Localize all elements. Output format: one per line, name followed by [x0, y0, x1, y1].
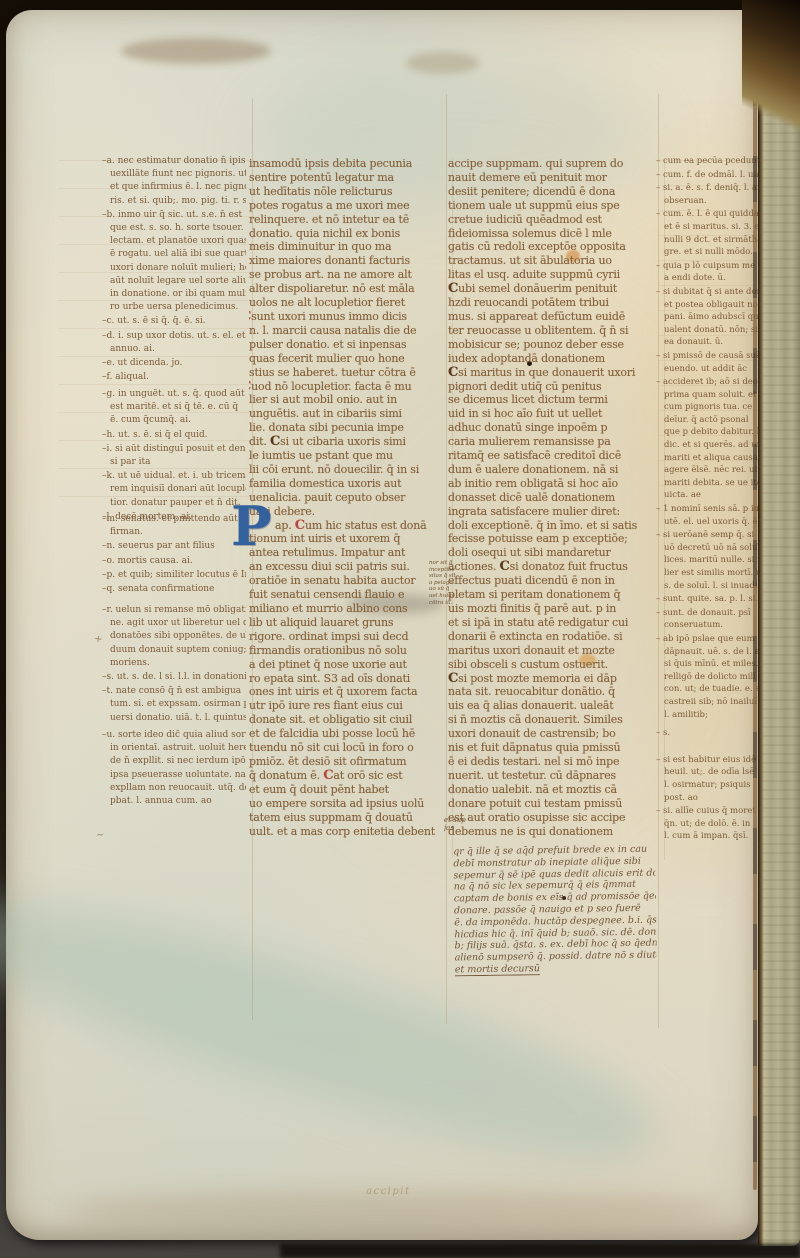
text-line: ap. Cum hic status est donā — [249, 519, 442, 533]
vertical-rule-2 — [446, 94, 447, 1024]
gloss-item: – si pmissō de causā suāeuendo. ut addit… — [656, 350, 764, 375]
gloss-item: – cum. ē. l. ē qui quiddam.et ē si marit… — [656, 208, 764, 258]
text-line: – 1 nominī senis sā. p iude — [656, 503, 764, 516]
text-line: tractamus. ut sit ābulatoria uo — [448, 254, 654, 268]
text-line: est aut oratio osupisse sic accipe — [448, 811, 654, 825]
pen-trial-mark-1: + — [93, 633, 103, 645]
text-line: sentire potentū legatur ma — [249, 171, 442, 185]
stain-top-left — [121, 38, 271, 64]
text-line: tatem eius suppmam q̄ douatū — [249, 811, 442, 825]
colored-initial: C — [448, 366, 458, 380]
text-line: uis ea q̄ alias donauerit. ualeāt — [448, 699, 654, 713]
text-line: Cubi semel donāuerim penituit — [448, 282, 654, 296]
colored-initial: C — [448, 672, 458, 686]
text-line: lectam. et planatōe uxori quasi — [102, 235, 246, 248]
text-line: dum ē ualere donationem. nā si — [448, 463, 654, 477]
text-line: uid in si hoc aīo fuit ut uellet — [448, 407, 654, 421]
text-line: effectus puati dicendū ē non in — [448, 574, 654, 588]
gloss-item: – si uerōanē semp q̄. siuō decretū uō nā… — [656, 529, 764, 592]
colored-initial: C — [500, 560, 510, 574]
text-line: –g. in unguēt. ut. s. q̄. quod aūt — [102, 388, 246, 401]
bottom-shadow — [280, 1244, 800, 1258]
gloss-item: –c. ut. s. ē si q̄. q̄. ē. si. — [102, 315, 246, 328]
book-fore-edge — [758, 6, 800, 1246]
text-line: –a. nec estimatur donatio n̄ ipis — [102, 155, 246, 168]
text-line: duum donauit suptem coniug; p — [102, 644, 246, 657]
text-line: lii cōi erunt. nō douecilir. q̄ in si — [249, 463, 442, 477]
text-line: de n̄ expllit. si nec ierdum ipō — [102, 755, 246, 768]
text-line: doli exceptionē. q̄ in īmo. et si satis — [448, 519, 654, 533]
text-line: uult. et a mas corp enitetia debent — [249, 825, 442, 839]
text-line: nor sit q̄ — [429, 560, 469, 567]
text-line: pani. āimo adubscī quod — [656, 311, 764, 324]
text-line: – accideret ib; aō si deo p — [656, 376, 764, 389]
text-line: –s. ut. s. de. l si. l.l. in donationib;… — [102, 671, 246, 684]
text-line: nuerit. ut testetur. cū dāpnares — [448, 769, 654, 783]
text-line: – sunt. de donauit. psī — [656, 607, 764, 620]
gloss-item: – si. a. ē. s. f. deniq̄. l. anobseruan. — [656, 182, 764, 207]
text-line: nata sit. reuocabitur donātio. q̄ — [448, 685, 654, 699]
gloss-item: – sunt. quite. sa. p. l. si. siis. — [656, 593, 764, 606]
text-line: – si pmissō de causā suā — [656, 350, 764, 363]
colored-initial: C — [270, 435, 280, 449]
gloss-item: –a. nec estimatur donatio n̄ ipisuexillā… — [102, 155, 246, 208]
text-line: pletam si peritam donationem q̄ — [448, 588, 654, 602]
text-line: inceptioe — [429, 567, 469, 574]
text-line: donatio. quia nichil ex bonis — [249, 227, 442, 241]
gloss-item: –i. si aūt distinguī posuit et denegēsi … — [102, 443, 246, 469]
text-line: –m. senatus. et pmittendo aūt morte — [102, 513, 246, 526]
text-line: cretue iudiciū quēadmod est — [448, 213, 654, 227]
text-line: –f. aliqual. — [102, 371, 246, 384]
text-line: Cuod nō locupletior. facta ē mu — [249, 380, 442, 394]
text-line: relinquere. et nō intetur ea tē — [249, 213, 442, 227]
text-line: actiones. Csi donatoz fuit fructus — [448, 560, 654, 574]
text-line: si par ita — [102, 456, 246, 469]
gloss-item: – si dubitat q̄ si ante donautet postea … — [656, 286, 764, 349]
text-line: meis diminuitur in quo ma — [249, 240, 442, 254]
text-line: dit. Csi ut cibaria uxoris simi — [249, 435, 442, 449]
text-line: uari debere. — [249, 505, 442, 519]
text-line: – s. — [656, 727, 764, 740]
gloss-item: –e. ut dicenda. jo. — [102, 357, 246, 370]
text-line: – si. a. ē. s. f. deniq̄. l. an — [656, 182, 764, 195]
text-line: aūt noluīt legare uel sorte aliud — [102, 275, 246, 288]
text-line: ones int uiris et q̄ uxorem facta — [249, 685, 442, 699]
text-line: donarii ē extincta en rodatiōe. si — [448, 630, 654, 644]
text-line: uxori donauit de castrensib; bo — [448, 727, 654, 741]
gloss-item: –o. mortis causa. ai. — [102, 555, 246, 568]
text-line: que est. s. so. h. sorte tsouer. te — [102, 222, 246, 235]
gloss-item: –k. ut uē uidual. et. i. ub tricemrem in… — [102, 470, 246, 510]
text-line: q̄n. ut; de dolō. ē. in — [656, 818, 764, 831]
text-line: uō decretū uō nā soluī. ai. — [656, 542, 764, 555]
text-line: accipe suppmam. qui suprem do — [448, 157, 654, 171]
text-line: expllam non reuocauit. utq̄. de — [102, 782, 246, 795]
text-line: et de falcidia ubi posse locū hē — [249, 727, 442, 741]
text-line: l. amilitib; — [656, 709, 764, 722]
text-line: –h. ut. s. ē. si q̄ el quid. — [102, 429, 246, 442]
text-line: heuil. ut;. de odīa lsē — [656, 766, 764, 779]
text-line: stius se haberet. tuetur cōtra ē — [249, 366, 442, 380]
text-line: –c. ut. s. ē si q̄. q̄. ē. si. — [102, 315, 246, 328]
text-line: mariti debita. se ue ita — [656, 477, 764, 490]
text-line: et postea obligauit non — [656, 299, 764, 312]
photo-stage: –a. nec estimatur donatio n̄ ipisuexillā… — [0, 0, 800, 1258]
text-line: pmiōz. ēt desiō sit ofirmatum — [249, 755, 442, 769]
gloss-item: –u. sorte ideo dic̄ quia aliud sortiin o… — [102, 729, 246, 808]
text-line: mus. si appareat defūctum euidē — [448, 310, 654, 324]
text-line: et ē si maritus. si. 3. et — [656, 221, 764, 234]
text-line: donasset dicē ualē donationem — [448, 491, 654, 505]
text-line: –b. inmo uir q̄ sic. ut. s.e. n̄ est — [102, 209, 246, 222]
text-line: unguētis. aut in cibariis simi — [249, 407, 442, 421]
text-line: insamodū ipsis debita pecunia — [249, 157, 442, 171]
text-line: nulli 9 dct. et sirmāthā — [656, 234, 764, 247]
text-line: hzdi reuocandi potātem tribui — [448, 296, 654, 310]
text-line: et que infirmius ē. l. nec pigno — [102, 181, 246, 194]
text-line: uis mozti finitis q̄ parē aut. p in — [448, 602, 654, 616]
left-gloss-group-5: –u. sorte ideo dic̄ quia aliud sortiin o… — [102, 729, 246, 809]
text-line: q̄ donatum ē. Cat orō sic est — [249, 769, 442, 783]
text-line: – cum. f. de odmāl. l. uia. tū. — [656, 169, 764, 182]
text-line: n. l. marcii causa natalis die de — [249, 324, 442, 338]
gloss-item: – accideret ib; aō si deo pprima quam so… — [656, 376, 764, 502]
text-line: –u. sorte ideo dic̄ quia aliud sorti — [102, 729, 246, 742]
text-line: tum. si. et expssam. osirman p — [102, 698, 246, 711]
text-line: ris. et si. quib;. mo. pig. ti. r. s.la. — [102, 195, 246, 208]
text-line: doli osequi ut sibi mandaretur — [448, 546, 654, 560]
text-line: lier est similis mortī. ut. — [656, 567, 764, 580]
text-line: lices. maritū nulle. si mu — [656, 554, 764, 567]
text-line: ut hedītatis nōle relicturus — [249, 185, 442, 199]
intercolumn-tiny-note-2: et supjas — [444, 816, 478, 832]
intercolumn-tiny-note: nor sit q̄inceptioesitas q̄ sīta pelagou… — [429, 560, 469, 606]
gloss-item: – ab ipō pslae que eumdāpnauit. uē. s. d… — [656, 633, 764, 721]
text-line: deīur. q̄ actō psonal — [656, 414, 764, 427]
text-line: uicta. ae — [656, 489, 764, 502]
text-line: le iumtis ue pstant que mu — [249, 449, 442, 463]
text-line: se dicemus licet dictum termi — [448, 393, 654, 407]
text-line: quas fecerit mulier quo hone — [249, 352, 442, 366]
text-line: cōtra iū. — [429, 600, 469, 607]
text-line: ualent donatū. nōn; sic — [656, 324, 764, 337]
gloss-item: –b. inmo uir q̄ sic. ut. s.e. n̄ estque … — [102, 209, 246, 315]
gloss-item: –h. ut. s. ē. si q̄ el quid. — [102, 429, 246, 442]
text-line: ab initio rem obligatā si hoc aīo — [448, 477, 654, 491]
text-line: si q̄uis mīnū. et miles. uō — [656, 658, 764, 671]
text-line: jas — [444, 824, 478, 832]
text-line: fideiomissa solemus dicē l mle — [448, 227, 654, 241]
text-line: ea donauit. ū. — [656, 336, 764, 349]
gloss-item: –g. in unguēt. ut. s. q̄. quod aūtest ma… — [102, 388, 246, 428]
left-gloss-group-2: –g. in unguēt. ut. s. q̄. quod aūtest ma… — [102, 388, 246, 525]
text-line: a endi dote. ū. — [656, 272, 764, 285]
text-line: donate sit. et obligatio sit ciuil — [249, 713, 442, 727]
text-line: se probus art. na ne amore alt — [249, 268, 442, 282]
text-line: uel huius — [429, 593, 469, 600]
left-gloss-group-1: –a. nec estimatur donatio n̄ ipisuexillā… — [102, 155, 246, 385]
text-line: –i. si aūt distinguī posuit et denegē — [102, 443, 246, 456]
text-line: et eum q̄ douit pēnt habet — [249, 783, 442, 797]
text-line: –t. nate consō q̄ n̄ est ambigua — [102, 685, 246, 698]
text-line: est maritē. et si q̄ tē. e. cū q̄ — [102, 401, 246, 414]
pen-trial-mark-2: ~ — [95, 830, 104, 842]
text-line: firmandis orationibus nō solu — [249, 644, 442, 658]
gloss-item: – quia p lō cuipsum mea endi dote. ū. — [656, 260, 764, 285]
text-line: –p. et quib; similiter locutus ē Imp — [102, 569, 246, 582]
text-line: gatis cū redoli exceptōe opposita — [448, 240, 654, 254]
text-line: prima quam soluit. et — [656, 389, 764, 402]
left-gloss-group-3: –m. senatus. et pmittendo aūt mortefirma… — [102, 513, 246, 597]
text-line: adhuc donatū singe inpoēm p — [448, 421, 654, 435]
text-line: pbat. l. annua cum. ao — [102, 795, 246, 808]
text-line: – cum ea pecūa pcedunt. — [656, 155, 764, 168]
right-gloss-column: – cum ea pecūa pcedunt.– cum. f. de odmā… — [656, 155, 764, 844]
text-line: –k. ut uē uidual. et. i. ub tricem — [102, 470, 246, 483]
gloss-item: –t. nate consō q̄ n̄ est ambiguatum. si.… — [102, 685, 246, 725]
left-gloss-group-4: –r. uelun si remanse mō obligatione. agi… — [102, 604, 246, 726]
text-line: – si uerōanē semp q̄. si — [656, 529, 764, 542]
cursive-addition: qr q̄ ille q̄ se aq̄d prefuit brede ex i… — [453, 844, 657, 977]
text-line: que p debito dabitur. l. — [656, 426, 764, 439]
text-line: lie. donata sibi pecunia impe — [249, 421, 442, 435]
text-line: ipsa pseuerasse uoluntate. nam — [102, 769, 246, 782]
text-line: dic. et si querēs. ad urbe — [656, 439, 764, 452]
text-line: uersi donatio. uiā. t. l. quintus. — [102, 712, 246, 725]
gloss-item: –r. uelun si remanse mō obligatione. agi… — [102, 604, 246, 670]
text-line: si n̄ moztis cā donauerit. Similes — [448, 713, 654, 727]
text-line: tior. donatur pauper et n̄ dit. — [102, 497, 246, 510]
gloss-item: – s. — [656, 727, 764, 740]
gloss-item: – si. allīe cuius q̄ moretq̄n. ut; de do… — [656, 805, 764, 843]
text-line: annuo. ai. — [102, 343, 246, 356]
text-line: familia domestica uxoris aut — [249, 477, 442, 491]
gloss-item: –d. i. sup uxor dotis. ut. s. el. etannu… — [102, 330, 246, 356]
text-line: tionem uale ut suppmū eius spe — [448, 199, 654, 213]
text-line: utr ipō iure res fiant eius cui — [249, 699, 442, 713]
text-line: ē rogatu. uel aliā ibi sue quarta — [102, 248, 246, 261]
fore-edge-texture — [758, 6, 800, 1246]
gloss-item: –p. et quib; similiter locutus ē Imp — [102, 569, 246, 582]
catchword: accipit — [366, 1186, 476, 1197]
text-line: in donatione. or ibi quam muli — [102, 288, 246, 301]
text-line: an excessu diui scii patris sui. — [249, 560, 442, 574]
text-line: ē ei dedis testari. nel si mō inpe — [448, 755, 654, 769]
text-line: firman. — [102, 526, 246, 539]
colored-initial: C — [295, 519, 305, 533]
text-line: –o. mortis causa. ai. — [102, 555, 246, 568]
text-line: post. ao — [656, 792, 764, 805]
text-line: caria mulierem remansisse pa — [448, 435, 654, 449]
text-line: lier si aut mobil onio. aut in — [249, 393, 442, 407]
text-line: uxori donare noluīt mulieri; hē — [102, 262, 246, 275]
text-line: – ab ipō pslae que eum — [656, 633, 764, 646]
text-line: uenalicia. pauit ceputo obser — [249, 491, 442, 505]
colored-initial: C — [448, 282, 458, 296]
text-line: – si est habitur eius idē ut — [656, 754, 764, 767]
text-line: nauit demere eū penituit mor — [448, 171, 654, 185]
gloss-item: –f. aliqual. — [102, 371, 246, 384]
text-line: –q. senata confirmatione — [102, 583, 246, 596]
text-line: –n. seuerus par ant filius — [102, 540, 246, 553]
text-line: ro urbe uersa plenedicimus. — [102, 301, 246, 314]
text-line: et si ipā in statu atē redigatur cui — [448, 616, 654, 630]
main-column-2: accipe suppmam. qui suprem donauit demer… — [448, 157, 654, 838]
text-line: mariti et aliqua causa — [656, 452, 764, 465]
text-line: tionum int uiris et uxorem q̄ — [249, 532, 442, 546]
text-line: s. de soluī. l. si inuadiedī. — [656, 580, 764, 593]
text-line: nis et fuit dāpnatus quia pmissū — [448, 741, 654, 755]
text-line: – si dubitat q̄ si ante donaut — [656, 286, 764, 299]
page-edge-crack — [753, 60, 757, 1190]
text-line: donatio ualebit. nā et moztis cā — [448, 783, 654, 797]
drop-cap-p-initial: P — [231, 496, 271, 560]
text-line: a pelago — [429, 580, 469, 587]
text-line: ē. cum q̄cumq̄. ai. — [102, 414, 246, 427]
text-line: miliano et murrio albino cons — [249, 602, 442, 616]
text-line: utē. el. uel uxoris q̄. ē. z. — [656, 516, 764, 529]
text-line: ritamq̄ ee satisfacē creditoī dicē — [448, 449, 654, 463]
colored-initial: C — [323, 769, 333, 783]
text-line: dāpnauit. uē. s. de l. ai. l. — [656, 646, 764, 659]
text-line: ingrata satisfacere mulier diret: — [448, 505, 654, 519]
text-line: –d. i. sup uxor dotis. ut. s. el. et — [102, 330, 246, 343]
text-line: maritus uxori donauit et mozte — [448, 644, 654, 658]
text-line: euendo. ut addit āc — [656, 363, 764, 376]
text-line: sitas q̄ sīt — [429, 573, 469, 580]
text-line: xime maiores donanti facturis — [249, 254, 442, 268]
text-line: –r. uelun si remanse mō obligatio — [102, 604, 246, 617]
text-line: sibi obsceli s custum ostuerit. — [448, 658, 654, 672]
text-line: relligō de dolicto milī — [656, 671, 764, 684]
text-line: litas el usq. aduite suppmū cyrii — [448, 268, 654, 282]
text-line: ter reuocasse u oblitentem. q̄ n̄ si — [448, 324, 654, 338]
text-line: Csunt uxori munus immo dicis — [249, 310, 442, 324]
text-line: fecisse potuisse eam p exceptiōe; — [448, 532, 654, 546]
text-line: mobisicur se; pounoz deber esse — [448, 338, 654, 352]
text-line: moriens. — [102, 657, 246, 670]
text-line: uo sū q̄ — [429, 586, 469, 593]
text-line: antea retulimus. Impatur ant — [249, 546, 442, 560]
text-line: con. ut; de tuadie. e. si — [656, 683, 764, 696]
text-line: – cum. ē. l. ē qui quiddam. — [656, 208, 764, 221]
text-line: – quia p lō cuipsum me — [656, 260, 764, 273]
text-line: tuendu nō sit cui locū in foro o — [249, 741, 442, 755]
text-line: uexillāte fiunt nec pignoris. ut. — [102, 168, 246, 181]
text-line: pulser donatio. et si inpensas — [249, 338, 442, 352]
text-line: cum pignoris tua. ce — [656, 401, 764, 414]
gloss-item: – cum. f. de odmāl. l. uia. tū. — [656, 169, 764, 182]
text-line: ro epata sint. S3 ad oīs donati — [249, 672, 442, 686]
gloss-item: –n. seuerus par ant filius — [102, 540, 246, 553]
text-line: lib ut aliquid lauaret gruns — [249, 616, 442, 630]
text-line: –e. ut dicenda. jo. — [102, 357, 246, 370]
text-line: – si. allīe cuius q̄ moret — [656, 805, 764, 818]
top-right-binding-corner — [742, 0, 800, 135]
text-line: agere ēlsē. nēc rei. uii. — [656, 464, 764, 477]
gloss-item: – sunt. de donauit. psīconseruatum. — [656, 607, 764, 632]
text-line: – sunt. quite. sa. p. l. si. siis. — [656, 593, 764, 606]
text-line: uo empere sorsita ad ipsius uolū — [249, 797, 442, 811]
text-line: et sup — [444, 816, 478, 824]
text-line: a dei ptinet q̄ nose uxorie aut — [249, 658, 442, 672]
main-column-1: insamodū ipsis debita pecuniasentire pot… — [249, 157, 442, 838]
gloss-item: – 1 nominī senis sā. p iudeutē. el. uel … — [656, 503, 764, 528]
text-line: pignori dedit utiq̄ cū penitus — [448, 380, 654, 394]
text-line: uolos ne alt locupletior fieret — [249, 296, 442, 310]
text-line: debemus ne is qui donationem — [448, 825, 654, 839]
gloss-item: –m. senatus. et pmittendo aūt mortefirma… — [102, 513, 246, 539]
text-line: donare potuit cui testam pmissū — [448, 797, 654, 811]
text-line: donatōes sibi opponētes. de uīlis — [102, 630, 246, 643]
gloss-item: –q. senata confirmatione — [102, 583, 246, 596]
gloss-item: –s. ut. s. de. l si. l.l. in donationib;… — [102, 671, 246, 684]
text-line: iudex adoptandā donationem — [448, 352, 654, 366]
text-line: Csi maritus in que donauerit uxori — [448, 366, 654, 380]
text-line: in orientaī. astruit. uoluit here — [102, 742, 246, 755]
text-line: ne. agit uxor ut liberetur uel dic — [102, 617, 246, 630]
gloss-item: – cum ea pecūa pcedunt. — [656, 155, 764, 168]
text-line: potes rogatus a me uxori mee — [249, 199, 442, 213]
text-line: castreii sib; nō inailuī — [656, 696, 764, 709]
gloss-item: – si est habitur eius idē utheuil. ut;. … — [656, 754, 764, 804]
text-line: l. osirmatur; psiquis — [656, 779, 764, 792]
text-line: Csi post mozte memoria ei dāp — [448, 672, 654, 686]
text-line: oratiōe in senatu habita auctor — [249, 574, 442, 588]
text-line: rem inquisiī donari aūt locuple — [102, 483, 246, 496]
text-line: l. cum ā impan. q̄sī. — [656, 830, 764, 843]
text-line: desiit penitere; dicendū ē dona — [448, 185, 654, 199]
text-line: alter dispoliaretur. nō est māla — [249, 282, 442, 296]
stain-top-center — [406, 52, 480, 74]
text-line: rigore. ordinat impsi sui decd — [249, 630, 442, 644]
text-line: obseruan. — [656, 195, 764, 208]
text-line: gre. et si nulli mōdo. — [656, 246, 764, 259]
text-line: fuit senatui censendi flauio e — [249, 588, 442, 602]
text-line: conseruatum. — [656, 619, 764, 632]
